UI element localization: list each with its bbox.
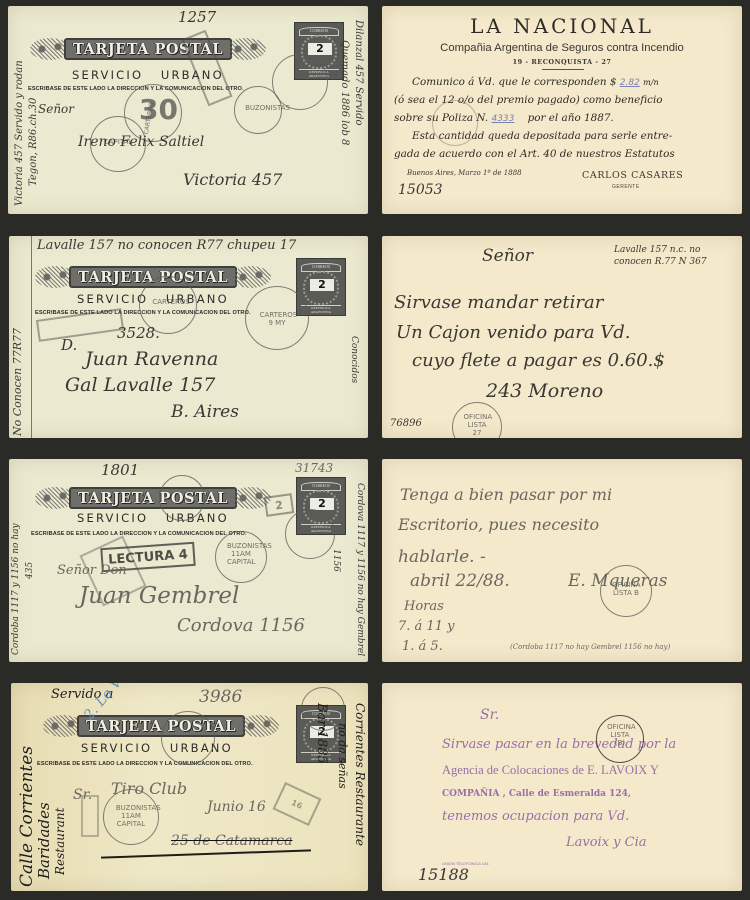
margin-note-right: Cordova 1117 y 1156 no hay Gembrel	[355, 483, 365, 656]
message-line-1: Sirvase mandar retirar	[394, 292, 603, 313]
ornament-icon	[239, 715, 279, 737]
crossed-out-address: 25 de Catamarca	[171, 833, 293, 849]
handwritten-number: 76896	[390, 418, 422, 429]
salutation: Sr.	[480, 707, 499, 723]
postmark	[159, 475, 205, 521]
postmark-oficina: OFICINA LISTA (B)	[596, 715, 644, 763]
hours-label: Horas	[404, 599, 444, 614]
margin-note-left-2: Baridades	[35, 802, 53, 879]
margin-note-left-2: 435	[25, 562, 35, 579]
company-subtitle: Compañia Argentina de Seguros contra Inc…	[382, 42, 742, 54]
box-stamp: 16	[273, 782, 322, 826]
salutation: Sr.	[73, 787, 92, 803]
stamp-number: 31743	[295, 461, 333, 475]
card-number: 1257	[178, 8, 216, 26]
postmark-capital-2	[272, 54, 328, 110]
signature: Lavoix y Cia	[566, 835, 647, 850]
ornament-icon	[231, 266, 271, 288]
footer-note: (Cordoba 1117 no hay Gembrel 1156 no hay…	[510, 643, 670, 651]
text-line-1: Comunico á Vd. que le corresponden $ 2.8…	[412, 76, 732, 88]
address: Cordova 1156	[177, 615, 305, 636]
tarjeta-postal-banner: TARJETA POSTAL	[35, 485, 271, 511]
margin-note-right: Dilanzal 457 Servido	[353, 20, 364, 126]
postmark-2	[285, 509, 335, 559]
message-line-3: cuyo flete a pagar es 0.60.$	[412, 350, 665, 371]
postal-card-back-4: Sr. Sirvase pasar en la brevedad por la …	[382, 683, 742, 891]
signature: CARLOS CASARES	[582, 170, 683, 181]
postal-card-back-2: Señor Lavalle 157 n.c. no conocen R.77 N…	[382, 236, 742, 438]
postal-card-front-3: 1801 31743 TARJETA POSTAL SERVICIO URBAN…	[9, 459, 368, 662]
addressee: Tiro Club	[111, 779, 187, 798]
city: B. Aires	[171, 402, 239, 422]
margin-note-right-2: Quemado 1886 lob 8	[339, 40, 350, 145]
postal-card-front-1: 1257 TARJETA POSTAL SERVICIO URBANO ESCR…	[8, 6, 368, 214]
service-label: SERVICIO URBANO	[77, 511, 229, 525]
message-line-2: Un Cajon venido para Vd.	[396, 322, 631, 343]
message-line-3: COMPAÑIA , Calle de Esmeralda 124,	[442, 785, 631, 800]
instructions-label: ESCRIBASE DE ESTE LADO LA DIRECCION Y LA…	[31, 531, 247, 537]
margin-note-left-2: Tegon, R86.ch.30	[28, 98, 39, 186]
postmark-oficina: OFICINA LISTA 27	[452, 402, 502, 438]
margin-note-left: Victoria 457 Servido y rodan	[14, 60, 25, 206]
carrier-note: Lavalle 157 n.c. no conocen R.77 N 367	[614, 244, 724, 268]
addressee: Juan Ravenna	[85, 348, 218, 370]
salutation: D.	[61, 336, 77, 354]
postmark	[432, 100, 478, 146]
date-note: Junio 16	[207, 799, 266, 815]
card-number: 1801	[101, 461, 139, 479]
postal-card-back-1: LA NACIONAL Compañia Argentina de Seguro…	[382, 6, 742, 214]
signature-title: GERENTE	[612, 184, 640, 190]
margin-note-right-3: Bar 1885	[314, 703, 329, 764]
message-line-3: hablarle. -	[398, 547, 486, 567]
divider	[542, 69, 584, 70]
postal-card-back-3: Tenga a bien pasar por mi Escritorio, pu…	[382, 459, 742, 662]
margin-note-right: Conocidos	[349, 336, 359, 383]
postmark-buzonistas: BUZONISTAS 11AM CAPITAL	[215, 531, 267, 583]
margin-note-left: No Conocen 77R77	[11, 328, 24, 436]
message-line-2: Agencia de Colocaciones de E. LAVOIX Y	[442, 763, 659, 778]
handwritten-number: 15188	[418, 865, 469, 884]
box-stamp-2: 2	[264, 493, 295, 517]
text-line-5: gada de acuerdo con el Art. 40 de nuestr…	[394, 148, 732, 160]
postmark-carteros-2: CARTEROS 9 MY	[245, 286, 309, 350]
postmark	[161, 711, 215, 765]
reference-number: 3528.	[117, 324, 160, 342]
handwritten-number: 15053	[398, 182, 443, 198]
postal-card-front-4: Servido a 3986 TARJETA POSTAL SERVICIO U…	[11, 683, 368, 891]
company-address: 19 - RECONQUISTA - 27	[382, 58, 742, 66]
address: Victoria 457	[183, 170, 282, 189]
tarjeta-postal-banner: TARJETA POSTAL	[30, 36, 266, 62]
instructions-label: ESCRIBASE DE ESTE LADO LA DIRECCION Y LA…	[37, 761, 253, 767]
margin-note-right-2: no da señas	[336, 723, 349, 789]
margin-note-right: Corrientes Restaurante	[353, 703, 367, 846]
salutation: Señor	[38, 102, 74, 116]
message-line-1: Tenga a bien pasar por mi	[400, 485, 612, 504]
message-line-4: tenemos ocupacion para Vd.	[442, 809, 629, 824]
salutation: Señor Don	[57, 563, 127, 578]
margin-note-right-2: 1156	[331, 549, 341, 572]
message-date: abril 22/88.	[410, 571, 510, 591]
addressee: Ireno Felix Saltiel	[78, 134, 204, 150]
top-note: Lavalle 157 no conocen R77 chupeu 17	[37, 238, 296, 253]
ornament-icon	[226, 38, 266, 60]
margin-note-left: Calle Corrientes	[17, 746, 37, 887]
addressee: Juan Gembrel	[79, 583, 239, 609]
date-line: Buenos Aires, Marzo 1º de 1888	[407, 169, 522, 177]
salutation: Señor	[482, 246, 533, 266]
postmark-oficina: OFICINA LISTA B	[600, 565, 652, 617]
message-line-2: Escritorio, pues necesito	[398, 515, 599, 534]
company-title: LA NACIONAL	[382, 14, 742, 38]
address: Gal Lavalle 157	[65, 374, 215, 396]
strike-line	[101, 849, 311, 858]
hours-2: 1. á 5.	[402, 639, 443, 654]
postal-card-front-2: Lavalle 157 no conocen R77 chupeu 17 TAR…	[9, 236, 368, 438]
message-line-4: 243 Moreno	[486, 380, 603, 402]
card-number: 3986	[199, 687, 242, 707]
margin-rule	[31, 236, 32, 438]
margin-note-left-3: Restaurant	[53, 808, 67, 875]
hours-1: 7. á 11 y	[398, 619, 454, 634]
margin-note-left: Cordoba 1117 y 1156 no hay	[11, 523, 21, 655]
